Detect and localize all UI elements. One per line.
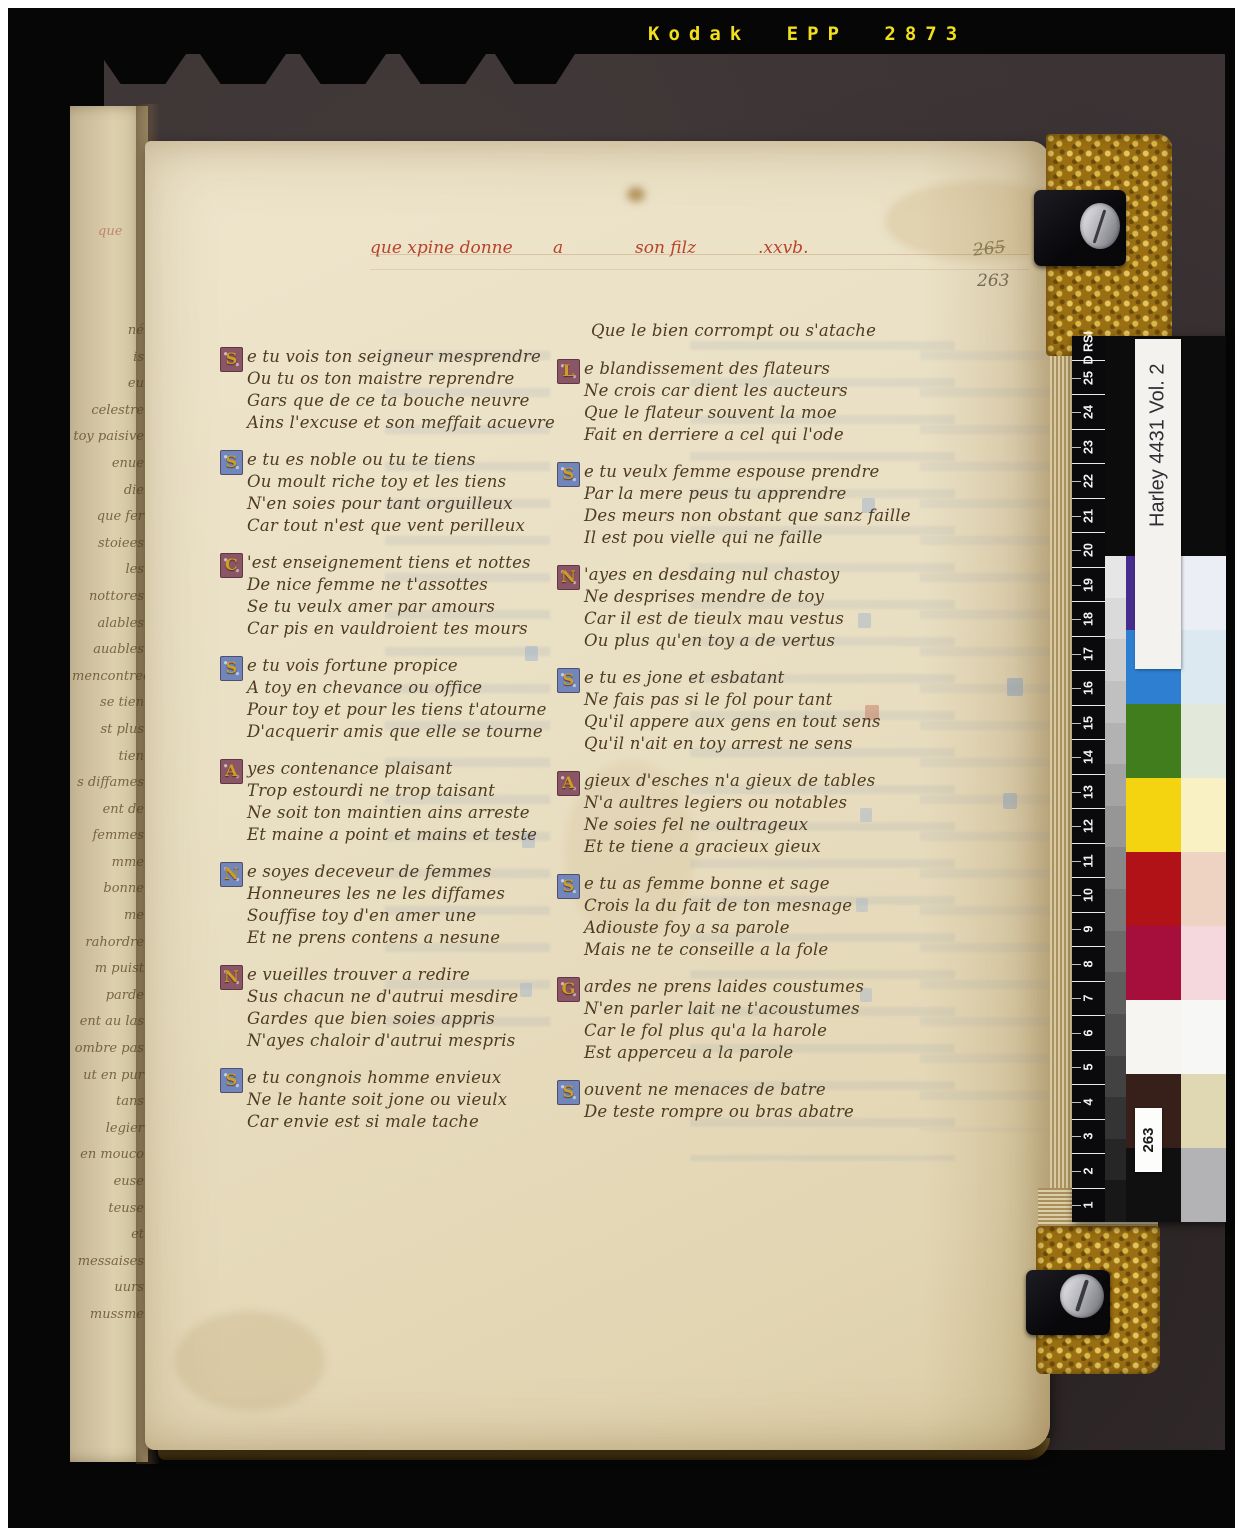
page-fragment-line: alables: [72, 611, 144, 638]
color-patch-row: [1126, 1000, 1226, 1074]
page-fragment-line: ent de femmes: [72, 797, 144, 850]
verse-line: Mais ne te conseille a la fole: [584, 939, 902, 961]
verse-line: e tu es jone et esbatant: [584, 667, 902, 689]
verse-line: Adiouste foy a sa parole: [584, 917, 902, 939]
verse-line: Ne le hante soit jone ou vieulx: [247, 1089, 565, 1111]
tint-patch: [1181, 630, 1226, 704]
page-fragment-line: ent au las: [72, 1009, 144, 1036]
page-fragment-line: auables: [72, 637, 144, 664]
rubric-part-4: .xxvb.: [758, 238, 808, 258]
film-frame: Kodak EPP 2873 que néiseu celestretoy pa…: [8, 8, 1235, 1528]
ruler-number: 9: [1082, 913, 1096, 946]
stain: [627, 187, 645, 202]
bleedthrough-initial: [856, 898, 868, 912]
bleedthrough-text: [385, 351, 550, 1051]
ruler-cell: 25: [1072, 360, 1105, 394]
page-fragment-line: mencontree: [72, 664, 144, 691]
ruler-top: D RSI: [1072, 336, 1105, 360]
verse-line: De teste rompre ou bras abatre: [584, 1101, 902, 1123]
illuminated-initial: C: [220, 553, 243, 578]
ruler-cells: 25 24 23 22: [1072, 360, 1105, 1222]
gray-step: [1105, 639, 1126, 681]
page-fragment-line: uurs mussme: [72, 1275, 144, 1328]
illuminated-initial: N: [220, 862, 243, 887]
verse-line: e tu veulx femme espouse prendre: [584, 461, 902, 483]
page-fragment-line: me: [72, 903, 144, 930]
ruler-cell: 21: [1072, 498, 1105, 532]
verse-line: Sus chacun ne d'autrui mesdire: [247, 986, 565, 1008]
bleedthrough-text: [690, 341, 955, 1161]
page-fragment-line: ombre pas: [72, 1036, 144, 1063]
verse-line: Et ne prens contens a nesune: [247, 927, 565, 949]
ruler-number: 16: [1082, 672, 1096, 705]
page-fragment-line: et messaises: [72, 1222, 144, 1275]
ruler-number: 3: [1082, 1120, 1096, 1153]
ruler-strip: D RSI 25 24: [1072, 336, 1105, 1222]
verse-line: e tu congnois homme envieux: [247, 1067, 565, 1089]
stanza: S ouvent ne menaces de batreDe teste rom…: [557, 1079, 902, 1123]
tint-patch: [1181, 556, 1226, 630]
ruler-cell: 6: [1072, 1015, 1105, 1049]
folio-number: 263: [977, 271, 1009, 291]
verse-line: Car le fol plus qu'a la harole: [584, 1020, 902, 1042]
verse-line: Est apperceu a la parole: [584, 1042, 902, 1064]
verse-line: N'ayes chaloir d'autrui mespris: [247, 1030, 565, 1052]
ruler-number: 15: [1082, 706, 1096, 739]
page-fragment-line: rahordre: [72, 930, 144, 957]
page-fragment-line: st plus tien: [72, 717, 144, 770]
bleedthrough-initial: [865, 705, 879, 720]
verse-line: Par la mere peus tu apprendre: [584, 483, 902, 505]
binder-clip-top: [1034, 190, 1126, 266]
verse-line: Trop estourdi ne trop taisant: [247, 780, 565, 802]
ruler-number: 17: [1082, 637, 1096, 670]
ruler-cell: 5: [1072, 1050, 1105, 1084]
verse-line: e tu as femme bonne et sage: [584, 873, 902, 895]
stanza: S e tu vois fortune propiceA toy en chev…: [220, 655, 565, 743]
clip-screw: [1060, 1274, 1104, 1318]
ruler-number: 23: [1082, 430, 1096, 463]
tint-patch: [1181, 852, 1226, 926]
verse-line: Ne desprises mendre de toy: [584, 586, 902, 608]
page-fragment-line: s diffames: [72, 770, 144, 797]
stanza: S e tu es jone et esbatantNe fais pas si…: [557, 667, 902, 755]
verse-line: Que le flateur souvent la moe: [584, 402, 902, 424]
stanza: S e tu as femme bonne et sageCrois la du…: [557, 873, 902, 961]
verse-line: e tu vois fortune propice: [247, 655, 565, 677]
tint-patch: [1181, 1148, 1226, 1222]
verse-line: e vueilles trouver a redire: [247, 964, 565, 986]
tint-patch: [1181, 778, 1226, 852]
page-fragment-line: enue: [72, 451, 144, 478]
text-column-left: S e tu vois ton seigneur mesprendreOu tu…: [220, 346, 565, 1148]
verse-line: Se tu veulx amer par amours: [247, 596, 565, 618]
stanza: S e tu es noble ou tu te tiensOu moult r…: [220, 449, 565, 537]
verse-line: Crois la du fait de ton mesnage: [584, 895, 902, 917]
verse-line: yes contenance plaisant: [247, 758, 565, 780]
film-notch: [100, 54, 186, 84]
stain: [565, 761, 695, 941]
ruler-cell: 24: [1072, 394, 1105, 428]
ruler-cell: 15: [1072, 705, 1105, 739]
verse-line: Honneures les ne les diffames: [247, 883, 565, 905]
verse-line: Il est pou vielle qui ne faille: [584, 527, 902, 549]
bleedthrough-initial: [858, 613, 871, 628]
page-fragment-line: ut en pur: [72, 1063, 144, 1090]
bleedthrough-initial: [525, 646, 538, 661]
verse-line: D'acquerir amis que elle se tourne: [247, 721, 565, 743]
gray-step: [1105, 1180, 1126, 1222]
ruler-cell: 7: [1072, 981, 1105, 1015]
previous-rubric-fragment: que: [98, 224, 122, 239]
tint-patch: [1181, 926, 1226, 1000]
verse-line: Car pis en vauldroient tes mours: [247, 618, 565, 640]
verse-line: N'en parler lait ne t'acoustumes: [584, 998, 902, 1020]
film-notch: [400, 54, 486, 84]
folio-number-crossed: 265: [972, 237, 1006, 260]
verse-line: Ne crois car dient les aucteurs: [584, 380, 902, 402]
ruler-number: 24: [1082, 396, 1096, 429]
verse-line: Car tout n'est que vent perilleux: [247, 515, 565, 537]
illuminated-initial: S: [220, 1068, 243, 1093]
bleedthrough-initial: [860, 988, 872, 1002]
page-fragment-line: die: [72, 478, 144, 505]
gray-step: [1105, 764, 1126, 806]
tint-patch: [1181, 1074, 1226, 1148]
verse-line: Ains l'excuse et son meffait acuevre: [247, 412, 565, 434]
verse-line: Ou moult riche toy et les tiens: [247, 471, 565, 493]
gray-step: [1105, 1097, 1126, 1139]
page-fragment-line: que fer: [72, 504, 144, 531]
gray-step: [1105, 847, 1126, 889]
ruler-number: 18: [1082, 603, 1096, 636]
verse-line: e tu vois ton seigneur mesprendre: [247, 346, 565, 368]
verse-line: N'en soies pour tant orguilleux: [247, 493, 565, 515]
film-notch: [300, 54, 386, 84]
illuminated-initial: A: [557, 771, 580, 796]
gray-step: [1105, 1139, 1126, 1181]
ruler-cell: 12: [1072, 808, 1105, 842]
verse-line: 'est enseignement tiens et nottes: [247, 552, 565, 574]
verse-line: Fait en derriere a cel qui l'ode: [584, 424, 902, 446]
ruler-number: 12: [1082, 810, 1096, 843]
verse-line: Des meurs non obstant que sanz faille: [584, 505, 902, 527]
verse-line: Et maine a point et mains et teste: [247, 824, 565, 846]
gray-step: [1105, 681, 1126, 723]
text-column-right: Que le bien corrompt ou s'atache L e bla…: [557, 320, 902, 1138]
gray-step: [1105, 556, 1126, 598]
page-fragment-line: euse: [72, 1169, 144, 1196]
kodak-film-label: Kodak EPP 2873: [648, 23, 966, 45]
ruler-cell: 14: [1072, 739, 1105, 773]
ruler-cell: 1: [1072, 1188, 1105, 1222]
page-fragment-line: eu celestre: [72, 371, 144, 424]
stanza: G ardes ne prens laides coustumesN'en pa…: [557, 976, 902, 1064]
verse-line: N'a aultres legiers ou notables: [584, 792, 902, 814]
ruler-cell: 16: [1072, 670, 1105, 704]
ruler-number: 21: [1082, 499, 1096, 532]
illuminated-initial: S: [557, 668, 580, 693]
color-calibration-bar: D RSI 25 24: [1072, 336, 1226, 1222]
ruler-cell: 22: [1072, 463, 1105, 497]
gray-step: [1105, 806, 1126, 848]
verse-line: 'ayes en desdaing nul chastoy: [584, 564, 902, 586]
ruler-cell: 3: [1072, 1119, 1105, 1153]
verse-line: De nice femme ne t'assottes: [247, 574, 565, 596]
page-fragment-line: tans: [72, 1089, 144, 1116]
bleedthrough-initial: [522, 833, 535, 848]
bleedthrough-initial: [520, 983, 532, 997]
right-column-stanzas: L e blandissement des flateursNe crois c…: [557, 358, 902, 1123]
tint-patch: [1181, 704, 1226, 778]
ruler-cell: 18: [1072, 601, 1105, 635]
illuminated-initial: S: [220, 450, 243, 475]
stanza: C 'est enseignement tiens et nottesDe ni…: [220, 552, 565, 640]
page-fragment-line: en mouco: [72, 1142, 144, 1169]
stanza: S e tu vois ton seigneur mesprendreOu tu…: [220, 346, 565, 434]
clip-screw: [1080, 203, 1120, 249]
shelfmark-label: Harley 4431 Vol. 2: [1135, 339, 1181, 669]
ruler-number: 6: [1082, 1016, 1096, 1049]
stanza: L e blandissement des flateursNe crois c…: [557, 358, 902, 446]
stanza: A gieux d'esches n'a gieux de tablesN'a …: [557, 770, 902, 858]
ruler-cell: 11: [1072, 843, 1105, 877]
rubric-part-2: a: [553, 238, 563, 258]
illuminated-initial: N: [557, 565, 580, 590]
grayscale-wedge: [1105, 556, 1126, 1222]
verse-line: Gars que de ce ta bouche neuvre: [247, 390, 565, 412]
verse-line: Car envie est si male tache: [247, 1111, 565, 1133]
ruler-cell: 23: [1072, 429, 1105, 463]
color-patch-row: [1126, 704, 1226, 778]
gray-step: [1105, 889, 1126, 931]
verse-line: Pour toy et pour les tiens t'atourne: [247, 699, 565, 721]
stanza: A yes contenance plaisantTrop estourdi n…: [220, 758, 565, 846]
illuminated-initial: N: [220, 965, 243, 990]
illuminated-initial: S: [220, 656, 243, 681]
previous-page-text-fragments: néiseu celestretoy paisiveenuedieque fer…: [72, 318, 144, 1329]
color-patch: [1126, 926, 1181, 1000]
gray-step: [1105, 723, 1126, 765]
ruler-number: 20: [1082, 534, 1096, 567]
stain: [175, 1311, 325, 1411]
verse-line: Et te tiene a gracieux gieux: [584, 836, 902, 858]
verse-line: Ou plus qu'en toy a de vertus: [584, 630, 902, 652]
folio-sticker: 263: [1135, 1108, 1162, 1172]
ruler-cell: 13: [1072, 774, 1105, 808]
verse-line: ardes ne prens laides coustumes: [584, 976, 902, 998]
ruler-number: 14: [1082, 741, 1096, 774]
felt-background: que néiseu celestretoy paisiveenuedieque…: [70, 54, 1225, 1450]
rubric-part-3: son filz: [635, 238, 696, 258]
stanza: N 'ayes en desdaing nul chastoyNe despri…: [557, 564, 902, 652]
page-fragment-line: toy paisive: [72, 424, 144, 451]
film-notch: [200, 54, 286, 84]
verse-line: Qu'il n'ait en toy arrest ne sens: [584, 733, 902, 755]
illuminated-initial: S: [557, 874, 580, 899]
illuminated-initial: S: [557, 1080, 580, 1105]
page-fragment-line: mme bonne: [72, 850, 144, 903]
ruler-number: 11: [1082, 844, 1096, 877]
verse-line: Ne fais pas si le fol pour tant: [584, 689, 902, 711]
ruling-line: [370, 254, 1030, 255]
color-patch: [1126, 852, 1181, 926]
page-fragment-line: né: [72, 318, 144, 345]
gray-step: [1105, 931, 1126, 973]
stanza: N e soyes deceveur de femmesHonneures le…: [220, 861, 565, 949]
manuscript-page: que xpine donne a son filz .xxvb. 265 26…: [145, 141, 1050, 1450]
verse-line: A toy en chevance ou office: [247, 677, 565, 699]
color-patch-row: [1126, 778, 1226, 852]
verse-line: Souffise toy d'en amer une: [247, 905, 565, 927]
verse-line: Gardes que bien soies appris: [247, 1008, 565, 1030]
ruler-number: 25: [1082, 361, 1096, 394]
ruler-cell: 2: [1072, 1153, 1105, 1187]
ruling-line: [370, 269, 1030, 270]
tint-patch: [1181, 1000, 1226, 1074]
stanza: S e tu congnois homme envieuxNe le hante…: [220, 1067, 565, 1133]
gray-step: [1105, 1014, 1126, 1056]
color-patch-row: [1126, 926, 1226, 1000]
gray-step: [1105, 1056, 1126, 1098]
illuminated-initial: S: [557, 462, 580, 487]
color-patch: [1126, 778, 1181, 852]
ruler-cell: 9: [1072, 912, 1105, 946]
binder-clip-bottom: [1026, 1270, 1110, 1335]
stanza: S e tu veulx femme espouse prendrePar la…: [557, 461, 902, 549]
ruler-cell: 4: [1072, 1084, 1105, 1118]
illuminated-initial: A: [220, 759, 243, 784]
ruler-number: 2: [1082, 1154, 1096, 1187]
ruler-cell: 20: [1072, 532, 1105, 566]
rubric-part-1: que xpine donne: [370, 238, 513, 258]
page-fragment-line: legier: [72, 1116, 144, 1143]
verse-line: ouvent ne menaces de batre: [584, 1079, 902, 1101]
verse-line: e tu es noble ou tu te tiens: [247, 449, 565, 471]
ruler-number: 5: [1082, 1051, 1096, 1084]
photograph: Kodak EPP 2873 que néiseu celestretoy pa…: [0, 0, 1243, 1536]
ruler-number: 4: [1082, 1085, 1096, 1118]
verse-line: Ou tu os ton maistre reprendre: [247, 368, 565, 390]
ruler-number: 10: [1082, 879, 1096, 912]
bleedthrough-initial: [862, 498, 875, 513]
ruler-cell: 8: [1072, 946, 1105, 980]
color-patch: [1126, 704, 1181, 778]
illuminated-initial: S: [220, 347, 243, 372]
ruler-cell: 17: [1072, 636, 1105, 670]
bleedthrough-initial: [1007, 678, 1023, 696]
ruler-number: 19: [1082, 568, 1096, 601]
ruler-cell: 10: [1072, 877, 1105, 911]
gray-step: [1105, 972, 1126, 1014]
verse-line: Car il est de tieulx mau vestus: [584, 608, 902, 630]
verse-line-continuation: Que le bien corrompt ou s'atache: [591, 320, 902, 342]
verse-line: Qu'il appere aux gens en tout sens: [584, 711, 902, 733]
bleedthrough-initial: [1003, 793, 1017, 809]
page-fragment-line: stoiees: [72, 531, 144, 558]
ruler-number: 8: [1082, 947, 1096, 980]
page-fragment-line: se tien: [72, 690, 144, 717]
ruler-number: 13: [1082, 775, 1096, 808]
bleedthrough-initial: [860, 808, 872, 822]
ruler-number: 22: [1082, 465, 1096, 498]
page-fragment-line: teuse: [72, 1196, 144, 1223]
page-fragment-line: is: [72, 345, 144, 372]
verse-line: Ne soit ton maintien ains arreste: [247, 802, 565, 824]
color-bar-main: Harley 4431 Vol. 2 263: [1105, 336, 1226, 1222]
page-fragment-line: m puist parde: [72, 956, 144, 1009]
ruler-number: 1: [1082, 1189, 1096, 1222]
verse-line: e blandissement des flateurs: [584, 358, 902, 380]
film-notch: [495, 54, 575, 84]
ruler-cell: 19: [1072, 567, 1105, 601]
verse-line: e soyes deceveur de femmes: [247, 861, 565, 883]
illuminated-initial: G: [557, 977, 580, 1002]
stanza: N e vueilles trouver a redireSus chacun …: [220, 964, 565, 1052]
verse-line: Ne soies fel ne oultrageux: [584, 814, 902, 836]
gray-step: [1105, 598, 1126, 640]
verse-line: gieux d'esches n'a gieux de tables: [584, 770, 902, 792]
illuminated-initial: L: [557, 359, 580, 384]
color-patch-row: [1126, 852, 1226, 926]
color-patch: [1126, 1000, 1181, 1074]
page-fragment-line: les nottores: [72, 557, 144, 610]
ruler-number: 7: [1082, 982, 1096, 1015]
